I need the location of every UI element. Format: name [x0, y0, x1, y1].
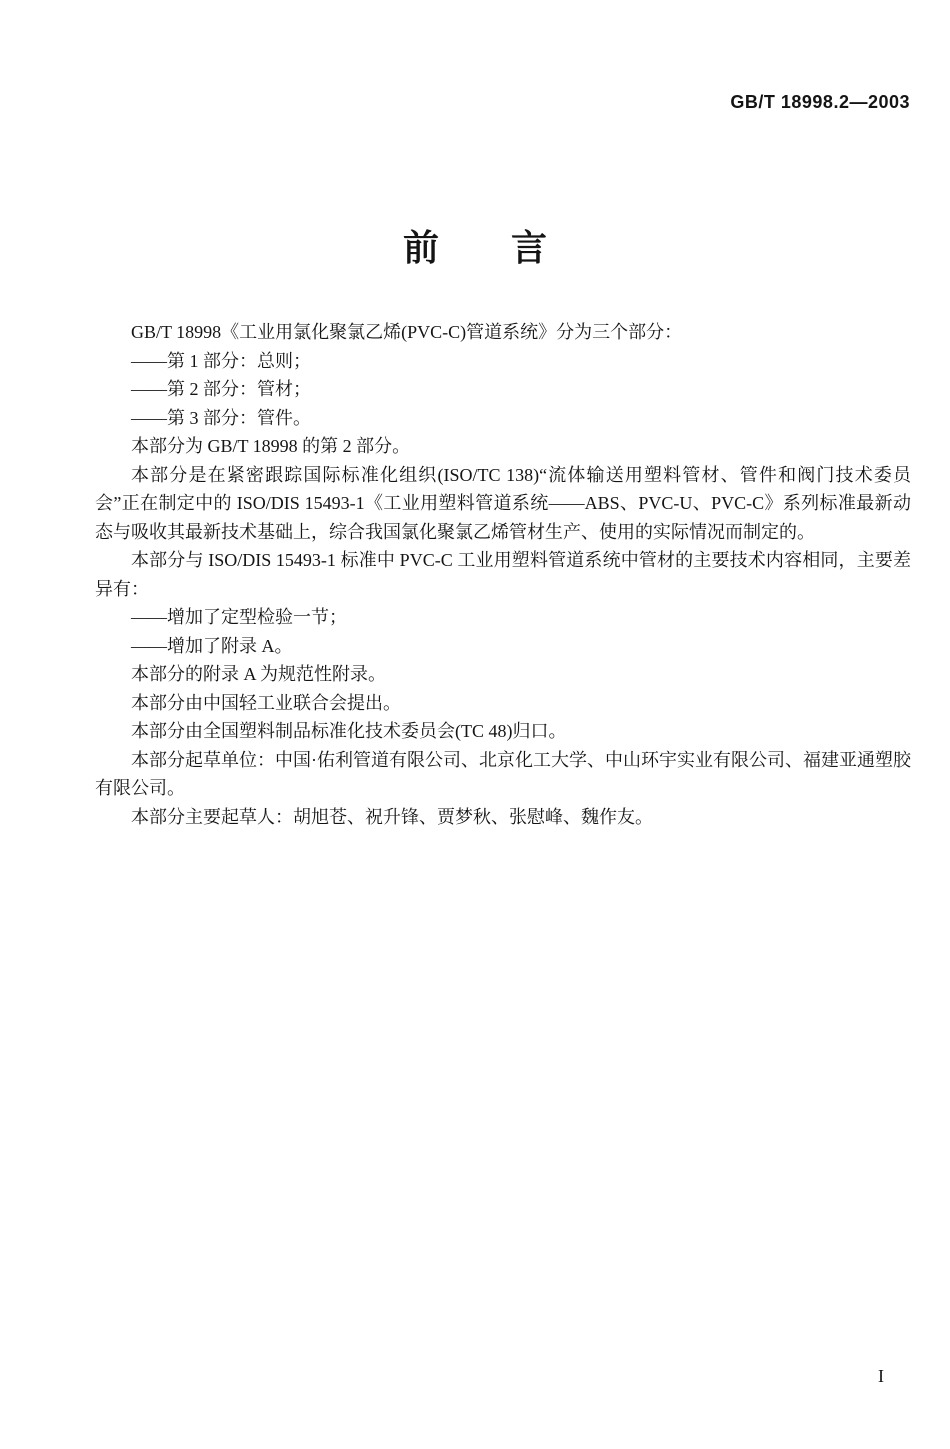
- paragraph: 本部分起草单位：中国·佑利管道有限公司、北京化工大学、中山环宇实业有限公司、福建…: [95, 746, 911, 803]
- paragraph: 本部分由全国塑料制品标准化技术委员会(TC 48)归口。: [95, 717, 911, 746]
- paragraph: 本部分主要起草人：胡旭苍、祝升锋、贾梦秋、张慰峰、魏作友。: [95, 803, 911, 832]
- list-item: ——增加了附录 A。: [95, 632, 911, 661]
- page-number: I: [878, 1366, 884, 1387]
- paragraph: GB/T 18998《工业用氯化聚氯乙烯(PVC-C)管道系统》分为三个部分：: [95, 318, 911, 347]
- paragraph: 本部分的附录 A 为规范性附录。: [95, 660, 911, 689]
- document-page: GB/T 18998.2—2003 前 言 GB/T 18998《工业用氯化聚氯…: [0, 0, 950, 1449]
- list-item: ——第 1 部分：总则；: [95, 347, 911, 376]
- list-item: ——第 2 部分：管材；: [95, 375, 911, 404]
- list-item: ——第 3 部分：管件。: [95, 404, 911, 433]
- paragraph: 本部分由中国轻工业联合会提出。: [95, 689, 911, 718]
- foreword-body: GB/T 18998《工业用氯化聚氯乙烯(PVC-C)管道系统》分为三个部分： …: [95, 318, 911, 831]
- standard-number: GB/T 18998.2—2003: [730, 92, 910, 113]
- paragraph: 本部分为 GB/T 18998 的第 2 部分。: [95, 432, 911, 461]
- list-item: ——增加了定型检验一节；: [95, 603, 911, 632]
- paragraph: 本部分与 ISO/DIS 15493-1 标准中 PVC-C 工业用塑料管道系统…: [95, 546, 911, 603]
- page-title: 前 言: [0, 220, 950, 271]
- paragraph: 本部分是在紧密跟踪国际标准化组织(ISO/TC 138)“流体输送用塑料管材、管…: [95, 461, 911, 547]
